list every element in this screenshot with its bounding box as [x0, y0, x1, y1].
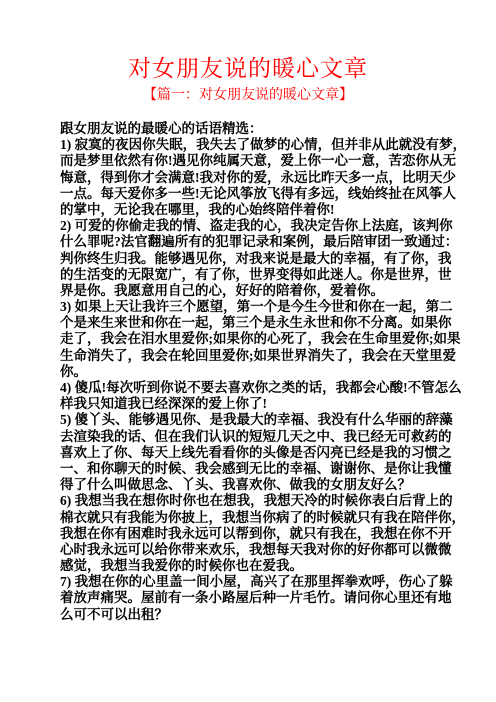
text-line: 一、和你聊天的时候、我会感到无比的幸福、谢谢你、是你让我懂 — [60, 461, 456, 477]
text-line: 7) 我想在你的心里盖一间小屋，高兴了在那里挥拳欢呼，伤心了躲 — [60, 574, 456, 590]
text-line: 什么罪呢?法官翻遍所有的犯罪记录和案例，最后陪审团一致通过： — [60, 234, 456, 250]
text-line: 悔意，得到你才会满意!我对你的爱，永远比昨天多一点，比明天少 — [60, 170, 456, 186]
paragraph: 1) 寂寞的夜因你失眠，我失去了做梦的心情，但并非从此就没有梦，而是梦里依然有你… — [60, 137, 456, 218]
text-line: 走了，我会在泪水里爱你;如果你的心死了，我会在生命里爱你;如果 — [60, 331, 456, 347]
text-line: 得了什么叫做思念、丫头、我喜欢你、做我的女朋友好么？ — [60, 477, 456, 493]
text-line: 判你终生归我。能够遇见你，对我来说是最大的幸福，有了你，我 — [60, 251, 456, 267]
text-line: 么可不可以出租？ — [60, 607, 456, 623]
text-line: 你。 — [60, 364, 456, 380]
text-line: 4) 傻瓜!每次听到你说不要去喜欢你之类的话，我都会心酸!不管怎么 — [60, 380, 456, 396]
text-line: 的生活变的无限宽广，有了你，世界变得如此迷人。你是世界，世 — [60, 267, 456, 283]
document-title: 对女朋友说的暖心文章 — [0, 0, 496, 82]
paragraph: 4) 傻瓜!每次听到你说不要去喜欢你之类的话，我都会心酸!不管怎么样我只知道我已… — [60, 380, 456, 412]
paragraph: 6) 我想当我在想你时你也在想我，我想天冷的时候你表白后背上的棉衣就只有我能为你… — [60, 493, 456, 574]
document-page: 对女朋友说的暖心文章 【篇一：对女朋友说的暖心文章】 跟女朋友说的最暖心的话语精… — [0, 0, 496, 702]
text-line: 样我只知道我已经深深的爱上你了! — [60, 396, 456, 412]
text-line: 3) 如果上天让我许三个愿望，第一个是今生今世和你在一起，第二 — [60, 299, 456, 315]
text-line: 心时我永远可以给你带来欢乐，我想每天我对你的好你都可以微微 — [60, 542, 456, 558]
text-line: 5) 傻丫头、能够遇见你、是我最大的幸福、我没有什么华丽的辞藻 — [60, 412, 456, 428]
text-line: 我想在你有困难时我永远可以帮到你，就只有我在，我想在你不开 — [60, 526, 456, 542]
text-line: 1) 寂寞的夜因你失眠，我失去了做梦的心情，但并非从此就没有梦， — [60, 137, 456, 153]
text-line: 跟女朋友说的最暖心的话语精选： — [60, 121, 456, 137]
text-line: 6) 我想当我在想你时你也在想我，我想天冷的时候你表白后背上的 — [60, 493, 456, 509]
text-line: 喜欢上了你、每天上线先看看你的头像是否闪亮已经是我的习惯之 — [60, 445, 456, 461]
text-line: 一点。每天爱你多一些!无论风筝放飞得有多远，线始终扯在风筝人 — [60, 186, 456, 202]
text-line: 而是梦里依然有你!遇见你纯属天意，爱上你一心一意，苦恋你从无 — [60, 153, 456, 169]
paragraph: 2) 可爱的你偷走我的情、盗走我的心，我决定告你上法庭，该判你什么罪呢?法官翻遍… — [60, 218, 456, 299]
paragraph: 3) 如果上天让我许三个愿望，第一个是今生今世和你在一起，第二个是来生来世和你在… — [60, 299, 456, 380]
text-line: 去渲染我的话、但在我们认识的短短几天之中、我已经无可救药的 — [60, 429, 456, 445]
paragraph: 7) 我想在你的心里盖一间小屋，高兴了在那里挥拳欢呼，伤心了躲着放声痛哭。屋前有… — [60, 574, 456, 623]
document-subtitle: 【篇一：对女朋友说的暖心文章】 — [0, 88, 496, 103]
paragraph: 5) 傻丫头、能够遇见你、是我最大的幸福、我没有什么华丽的辞藻去渲染我的话、但在… — [60, 412, 456, 493]
document-body: 跟女朋友说的最暖心的话语精选：1) 寂寞的夜因你失眠，我失去了做梦的心情，但并非… — [0, 121, 496, 623]
text-line: 2) 可爱的你偷走我的情、盗走我的心，我决定告你上法庭，该判你 — [60, 218, 456, 234]
text-line: 着放声痛哭。屋前有一条小路屋后种一片毛竹。请问你心里还有地 — [60, 590, 456, 606]
paragraph: 跟女朋友说的最暖心的话语精选： — [60, 121, 456, 137]
text-line: 个是来生来世和你在一起，第三个是永生永世和你不分离。如果你 — [60, 315, 456, 331]
text-line: 生命消失了，我会在轮回里爱你;如果世界消失了，我会在天堂里爱 — [60, 348, 456, 364]
text-line: 感觉，我想当我爱你的时候你也在爱我。 — [60, 558, 456, 574]
text-line: 界是你。我愿意用自己的心，好好的陪着你，爱着你。 — [60, 283, 456, 299]
text-line: 的掌中，无论我在哪里，我的心始终陪伴着你! — [60, 202, 456, 218]
text-line: 棉衣就只有我能为你披上，我想当你病了的时候就只有我在陪伴你， — [60, 510, 456, 526]
